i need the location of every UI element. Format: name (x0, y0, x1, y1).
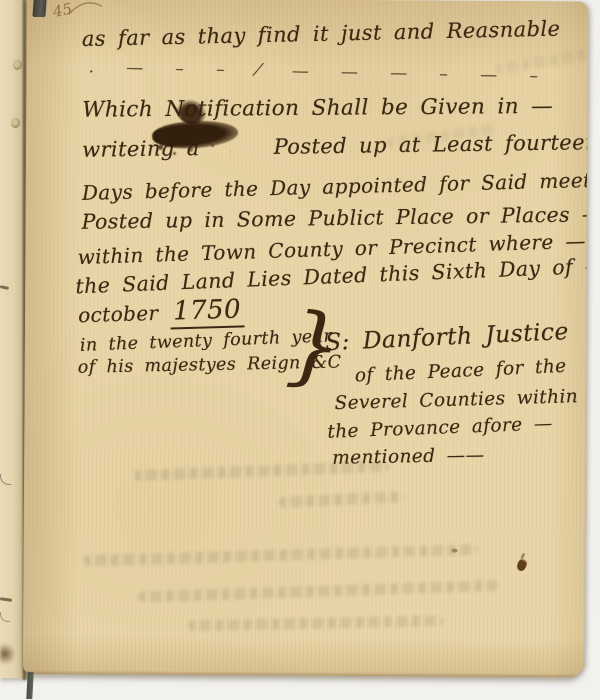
margin-ink-mark (0, 612, 10, 622)
ink-blot-speckles (158, 145, 163, 150)
binding-thread-top (32, 0, 46, 17)
manuscript-date-line: october 1750 (78, 294, 245, 329)
bleed-through-line (188, 615, 443, 631)
manuscript-line: Days before the Day appointed for Said m… (82, 167, 588, 205)
margin-ink-mark (0, 474, 11, 485)
date-month: october (78, 301, 159, 327)
manuscript-page: 45 as far as thay find it just and Reasn… (23, 0, 588, 677)
manuscript-line: as far as thay find it just and Reasnabl… (82, 17, 561, 51)
bleed-through-line (279, 491, 404, 508)
date-year-underlined: 1750 (170, 294, 245, 329)
signature-title-line: the Provance afore — (327, 413, 553, 442)
manuscript-line: Posted up in Some Publict Place or Place… (82, 202, 588, 234)
margin-ink-smudge (0, 643, 16, 665)
margin-ink-mark (0, 597, 12, 601)
bleed-through-line (84, 544, 479, 566)
line-text-after-blot: Posted up at Least fourteen (273, 130, 588, 159)
ink-stain (452, 549, 458, 553)
scanned-manuscript-photo: 45 as far as thay find it just and Reasn… (0, 0, 600, 700)
page-number-flourish (67, 0, 105, 17)
dash-separator-row: . — – – ⁄ — — — – — – (88, 57, 538, 86)
signature-title-line: of the Peace for the (354, 356, 567, 387)
margin-ink-mark (0, 285, 9, 289)
crossed-out-word-gap (200, 154, 274, 155)
manuscript-line: Which Notification Shall be Given in — (82, 94, 553, 123)
bleed-through-line (138, 580, 498, 603)
ink-stain (516, 557, 529, 572)
binding-thread-bottom (26, 672, 33, 699)
signature-title-line: mentioned —— (332, 445, 485, 469)
signature-name: S: Danforth Justice (324, 317, 569, 356)
signature-title-line: Severel Counties within (334, 386, 578, 414)
